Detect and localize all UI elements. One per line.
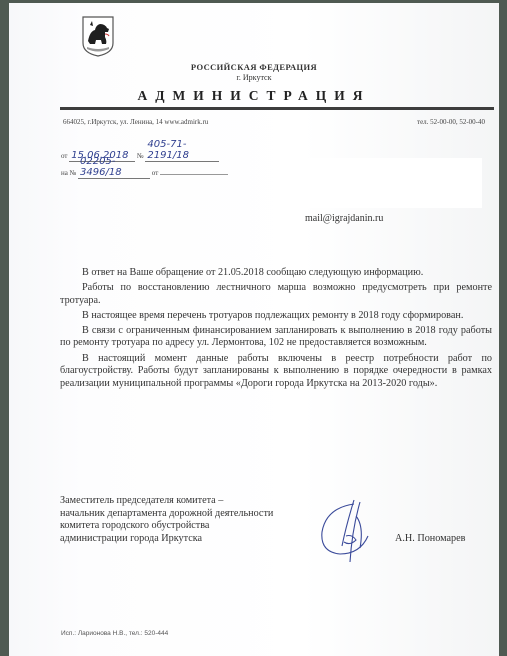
ref-from-label: от <box>152 169 158 177</box>
letter-page: РОССИЙСКАЯ ФЕДЕРАЦИЯ г. Иркутск АДМИНИСТ… <box>9 3 499 656</box>
organization-address: 664025, г.Иркутск, ул. Ленина, 14 www.ad… <box>63 118 208 126</box>
reference-date <box>160 174 228 175</box>
coat-of-arms-icon <box>81 15 115 57</box>
incoming-reference: на № 02205-3496/18 от <box>61 156 228 179</box>
signer-name: А.Н. Пономарев <box>395 533 465 544</box>
body-paragraph: В настоящее время перечень тротуаров под… <box>60 310 492 323</box>
handwritten-signature-icon <box>316 496 376 568</box>
city-name: г. Иркутск <box>9 73 499 82</box>
organization-phones: тел. 52-00-00, 52-00-40 <box>417 118 485 126</box>
body-paragraph: Работы по восстановлению лестничного мар… <box>60 282 492 307</box>
signer-title-line: комитета городского обустройства <box>60 520 273 533</box>
redacted-recipient-block <box>287 158 482 208</box>
signer-title-line: Заместитель председателя комитета – <box>60 495 273 508</box>
signer-title-line: администрации города Иркутска <box>60 533 273 546</box>
country-name: РОССИЙСКАЯ ФЕДЕРАЦИЯ <box>9 62 499 72</box>
ref-label: на № <box>61 169 76 177</box>
reference-number: 02205-3496/18 <box>78 156 150 179</box>
organization-title: АДМИНИСТРАЦИЯ <box>9 88 499 104</box>
body-paragraph: В связи с ограниченным финансированием з… <box>60 325 492 350</box>
letter-body: В ответ на Ваше обращение от 21.05.2018 … <box>60 267 492 393</box>
executor-info: Исп.: Ларионова Н.В., тел.: 520-444 <box>61 630 168 637</box>
recipient-email: mail@igrajdanin.ru <box>305 213 383 224</box>
body-paragraph: В настоящий момент данные работы включен… <box>60 353 492 391</box>
header-divider <box>60 107 494 110</box>
signer-title-line: начальник департамента дорожной деятельн… <box>60 508 273 521</box>
signer-title: Заместитель председателя комитета – нача… <box>60 495 273 545</box>
body-paragraph: В ответ на Ваше обращение от 21.05.2018 … <box>60 267 492 280</box>
